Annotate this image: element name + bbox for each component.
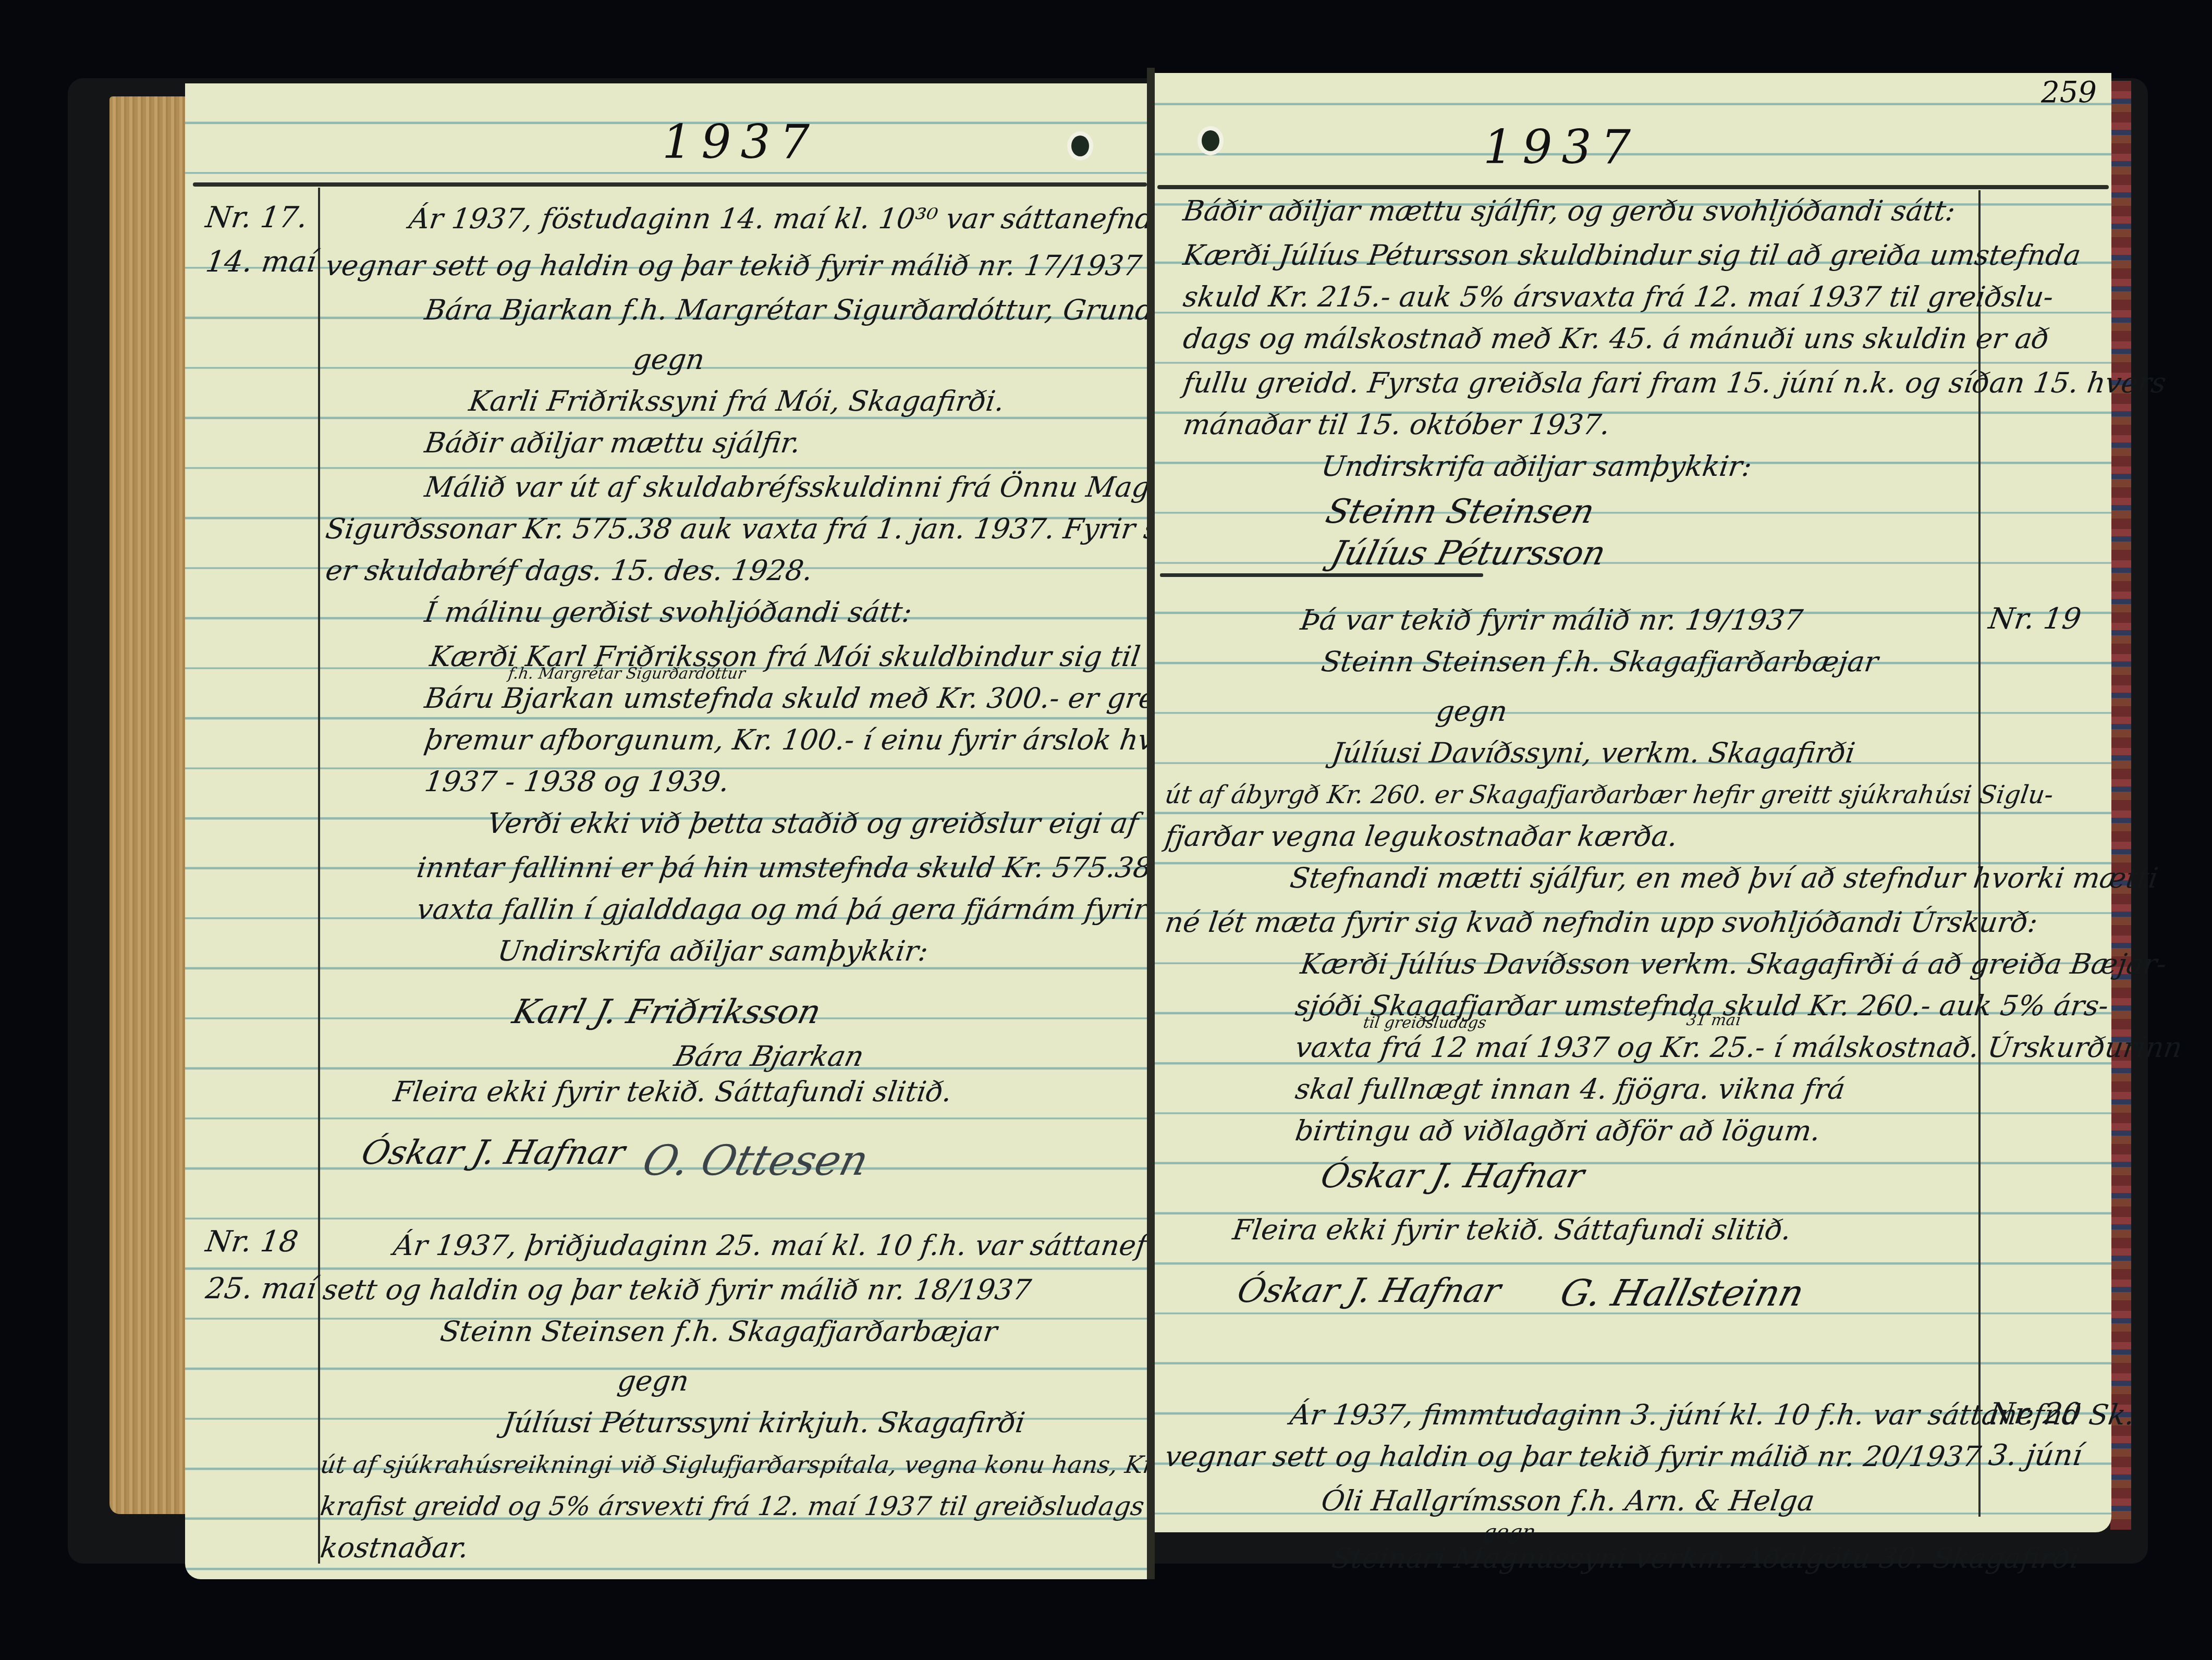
entry-line: Steinn Steinsen f.h. Skagafjarðarbæjar	[438, 1316, 999, 1347]
entry-line: Bára Bjarkan f.h. Margrétar Sigurðardótt…	[423, 294, 1165, 326]
official-signature: O. Ottesen	[638, 1136, 873, 1185]
entry-line: 1937 - 1938 og 1939.	[423, 766, 731, 797]
right-page: 259 1937 Báðir aðiljar mættu sjálfir, og…	[1155, 73, 2111, 1532]
official-signature: G. Hallsteinn	[1556, 1272, 1808, 1314]
page-number: 259	[2041, 76, 2097, 109]
entry-line: út af sjúkrahúsreikningi við Siglufjarða…	[319, 1449, 1264, 1480]
entry-line: gegn	[616, 1366, 691, 1397]
left-page: 1937 Nr. 17. 14. maí Ár 1937, föstudagin…	[185, 83, 1147, 1579]
entry-line: er skuldabréf dags. 15. des. 1928.	[324, 555, 815, 586]
entry-line: vaxta frá 12 maí 1937 og Kr. 25.- í máls…	[1293, 1032, 2184, 1063]
entry-line: Kærði Júlíus Davíðsson verkm. Skagafirði…	[1299, 949, 2169, 980]
entry-line: fjarðar vegna legukostnaðar kærða.	[1163, 821, 1680, 852]
entry-line: þremur afborgunum, Kr. 100.- í einu fyri…	[423, 724, 1198, 756]
margin-line	[318, 188, 320, 1564]
closing-line: Fleira ekki fyrir tekið. Sáttafundi slit…	[392, 1076, 954, 1108]
entry-line: Steinari Magnússyni verkm. Aðalgötu 30. …	[1330, 1543, 2082, 1574]
entry-number: Nr. 17.	[203, 201, 309, 235]
entry-line: Júlíusi Péturssyni kirkjuh. Skagafirði	[501, 1407, 1027, 1438]
entry-line: Báðir aðiljar mættu sjálfir, og gerðu sv…	[1181, 195, 1958, 227]
entry-line: fullu greidd. Fyrsta greiðsla fari fram …	[1181, 367, 2168, 399]
page-year: 1937	[662, 115, 819, 169]
interlinear-note: 31 maí	[1685, 1011, 1742, 1029]
entry-line: Undirskrifa aðiljar samþykkir:	[1319, 451, 1754, 482]
entry-line: Stefnandi mætti sjálfur, en með því að s…	[1288, 863, 2160, 894]
entry-line: skuld Kr. 215.- auk 5% ársvaxta frá 12. …	[1181, 281, 2056, 313]
entry-line: Undirskrifa aðiljar samþykkir:	[496, 936, 930, 967]
entry-date: 14. maí	[203, 245, 318, 279]
entry-line: mánaðar til 15. október 1937.	[1181, 409, 1612, 440]
entry-line: skal fullnægt innan 4. fjögra. vikna frá	[1293, 1074, 1847, 1105]
entry-line: kostnaðar.	[319, 1532, 471, 1564]
entry-line: vegnar sett og haldin og þar tekið fyrir…	[324, 250, 1144, 281]
entry-line: Ár 1937, föstudaginn 14. maí kl. 10³⁰ va…	[407, 203, 1221, 235]
interlinear-note: til greiðsludags	[1362, 1014, 1488, 1032]
entry-line: Þá var tekið fyrir málið nr. 19/1937	[1299, 605, 1805, 636]
entry-line: gegn	[1434, 696, 1509, 727]
official-signature: Óskar J. Hafnar	[358, 1134, 629, 1172]
entry-line: né lét mæta fyrir sig kvað nefndin upp s…	[1163, 907, 2040, 938]
official-signature: Óskar J. Hafnar	[1233, 1272, 1505, 1310]
entry-line: Kærði Júlíus Pétursson skuldbindur sig t…	[1181, 240, 2083, 271]
entry-line: Júlíusi Davíðssyni, verkm. Skagafirði	[1330, 737, 1857, 769]
entry-line: vegnar sett og haldin og þar tekið fyrir…	[1163, 1441, 1983, 1472]
entry-line: Karli Friðrikssyni frá Mói, Skagafirði.	[467, 386, 1007, 417]
interlinear-note: f.h. Margrétar Sigurðardóttur	[507, 665, 747, 683]
signature: Júlíus Pétursson	[1327, 534, 1610, 573]
entry-line: Ár 1937, fimmtudaginn 3. júní kl. 10 f.h…	[1288, 1399, 2137, 1431]
entry-date: 25. maí	[203, 1272, 318, 1306]
entry-line: Báðir aðiljar mættu sjálfir.	[423, 427, 803, 459]
entry-line: Verði ekki við þetta staðið og greiðslur…	[485, 808, 1229, 839]
entry-number: Nr. 19	[1986, 602, 2083, 636]
entry-line: vaxta fallin í gjalddaga og má þá gera f…	[415, 894, 1248, 925]
punch-hole	[1202, 130, 1219, 151]
entry-line: Sigurðssonar Kr. 575.38 auk vaxta frá 1.…	[324, 513, 1277, 545]
entry-divider	[1160, 573, 1483, 577]
official-signature: Óskar J. Hafnar	[1317, 1157, 1588, 1196]
page-year: 1937	[1483, 120, 1640, 175]
entry-line: dags og málskostnað með Kr. 45. á mánuði…	[1181, 323, 2051, 354]
entry-line: birtingu að viðlagðri aðför að lögum.	[1293, 1115, 1823, 1147]
book-gutter	[1147, 68, 1155, 1579]
punch-hole	[1071, 136, 1089, 156]
entry-line: gegn	[631, 344, 706, 375]
signature: Karl J. Friðriksson	[509, 993, 825, 1031]
entry-line: sett og haldin og þar tekið fyrir málið …	[321, 1274, 1033, 1306]
header-rule	[193, 182, 1147, 187]
marbled-edge	[2110, 81, 2131, 1530]
signature: Steinn Steinsen	[1322, 493, 1598, 531]
entry-line: Óli Hallgrímsson f.h. Arn. & Helga	[1319, 1485, 1817, 1517]
entry-line: Í málinu gerðist svohljóðandi sátt:	[423, 597, 914, 628]
entry-line: Steinn Steinsen f.h. Skagafjarðarbæjar	[1319, 646, 1880, 678]
entry-line: Báru Bjarkan umstefnda skuld með Kr. 300…	[423, 683, 1237, 714]
entry-line: inntar fallinni er þá hin umstefnda skul…	[415, 852, 1215, 883]
entry-line: krafist greidd og 5% ársvexti frá 12. ma…	[319, 1491, 1266, 1522]
closing-line: Fleira ekki fyrir tekið. Sáttafundi slit…	[1231, 1214, 1793, 1246]
header-rule	[1157, 185, 2109, 189]
entry-line: Málið var út af skuldabréfsskuldinni frá…	[423, 472, 1233, 503]
page-block-edge	[109, 96, 185, 1514]
entry-date: 3. júní	[1986, 1438, 2084, 1472]
signature: Bára Bjarkan	[671, 1040, 867, 1073]
entry-number: Nr. 18	[203, 1225, 300, 1259]
entry-line: út af ábyrgð Kr. 260. er Skagafjarðarbær…	[1163, 779, 2056, 810]
